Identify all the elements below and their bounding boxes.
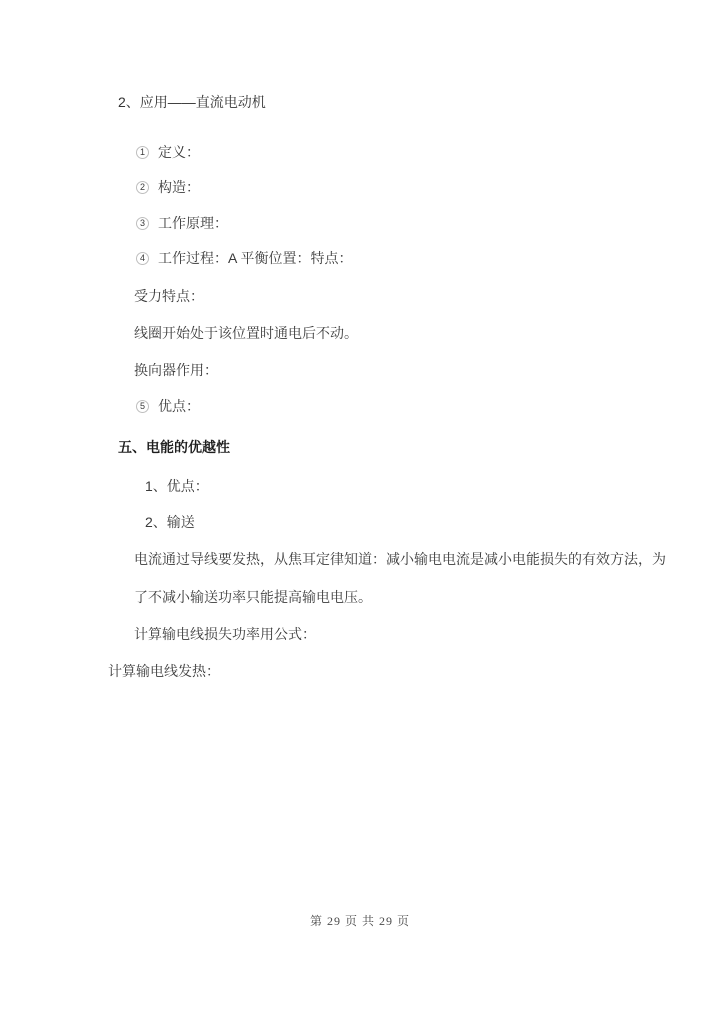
sub-item-advantages: 1、优点：: [145, 476, 209, 496]
circled-5-icon: 5: [136, 400, 149, 413]
force-characteristics-note: 受力特点：: [134, 286, 204, 306]
power-loss-formula-note: 计算输电线损失功率用公式：: [134, 624, 316, 644]
circled-1-icon: 1: [136, 146, 149, 159]
circled-4-icon: 4: [136, 252, 149, 265]
list-item-text: 工作过程：A 平衡位置：特点：: [158, 248, 352, 268]
list-item-text: 优点：: [158, 396, 200, 416]
commutator-function-note: 换向器作用：: [134, 360, 218, 380]
section-application-title: 2、应用——直流电动机: [118, 92, 266, 112]
circled-2-icon: 2: [136, 181, 149, 194]
list-item-text: 工作原理：: [158, 213, 228, 233]
list-item-advantages: 5 优点：: [136, 396, 200, 416]
coil-position-note: 线圈开始处于该位置时通电后不动。: [134, 323, 358, 343]
list-item-working-principle: 3 工作原理：: [136, 213, 228, 233]
sub-item-transmission: 2、输送: [145, 512, 195, 532]
document-page: 2、应用——直流电动机 1 定义： 2 构造： 3 工作原理： 4 工作过程：A…: [0, 0, 720, 1018]
list-item-structure: 2 构造：: [136, 177, 200, 197]
transmission-paragraph-line-2: 了不减小输送功率只能提高输电电压。: [134, 587, 372, 607]
transmission-paragraph-line-1: 电流通过导线要发热，从焦耳定律知道：减小输电电流是减小电能损失的有效方法，为: [134, 549, 666, 569]
list-item-definition: 1 定义：: [136, 142, 200, 162]
circled-3-icon: 3: [136, 217, 149, 230]
list-item-working-process: 4 工作过程：A 平衡位置：特点：: [136, 248, 352, 268]
page-number-footer: 第 29 页 共 29 页: [0, 913, 720, 929]
list-item-text: 定义：: [158, 142, 200, 162]
line-heating-note: 计算输电线发热：: [108, 661, 220, 681]
section-electric-energy-title: 五、电能的优越性: [118, 437, 230, 457]
list-item-text: 构造：: [158, 177, 200, 197]
